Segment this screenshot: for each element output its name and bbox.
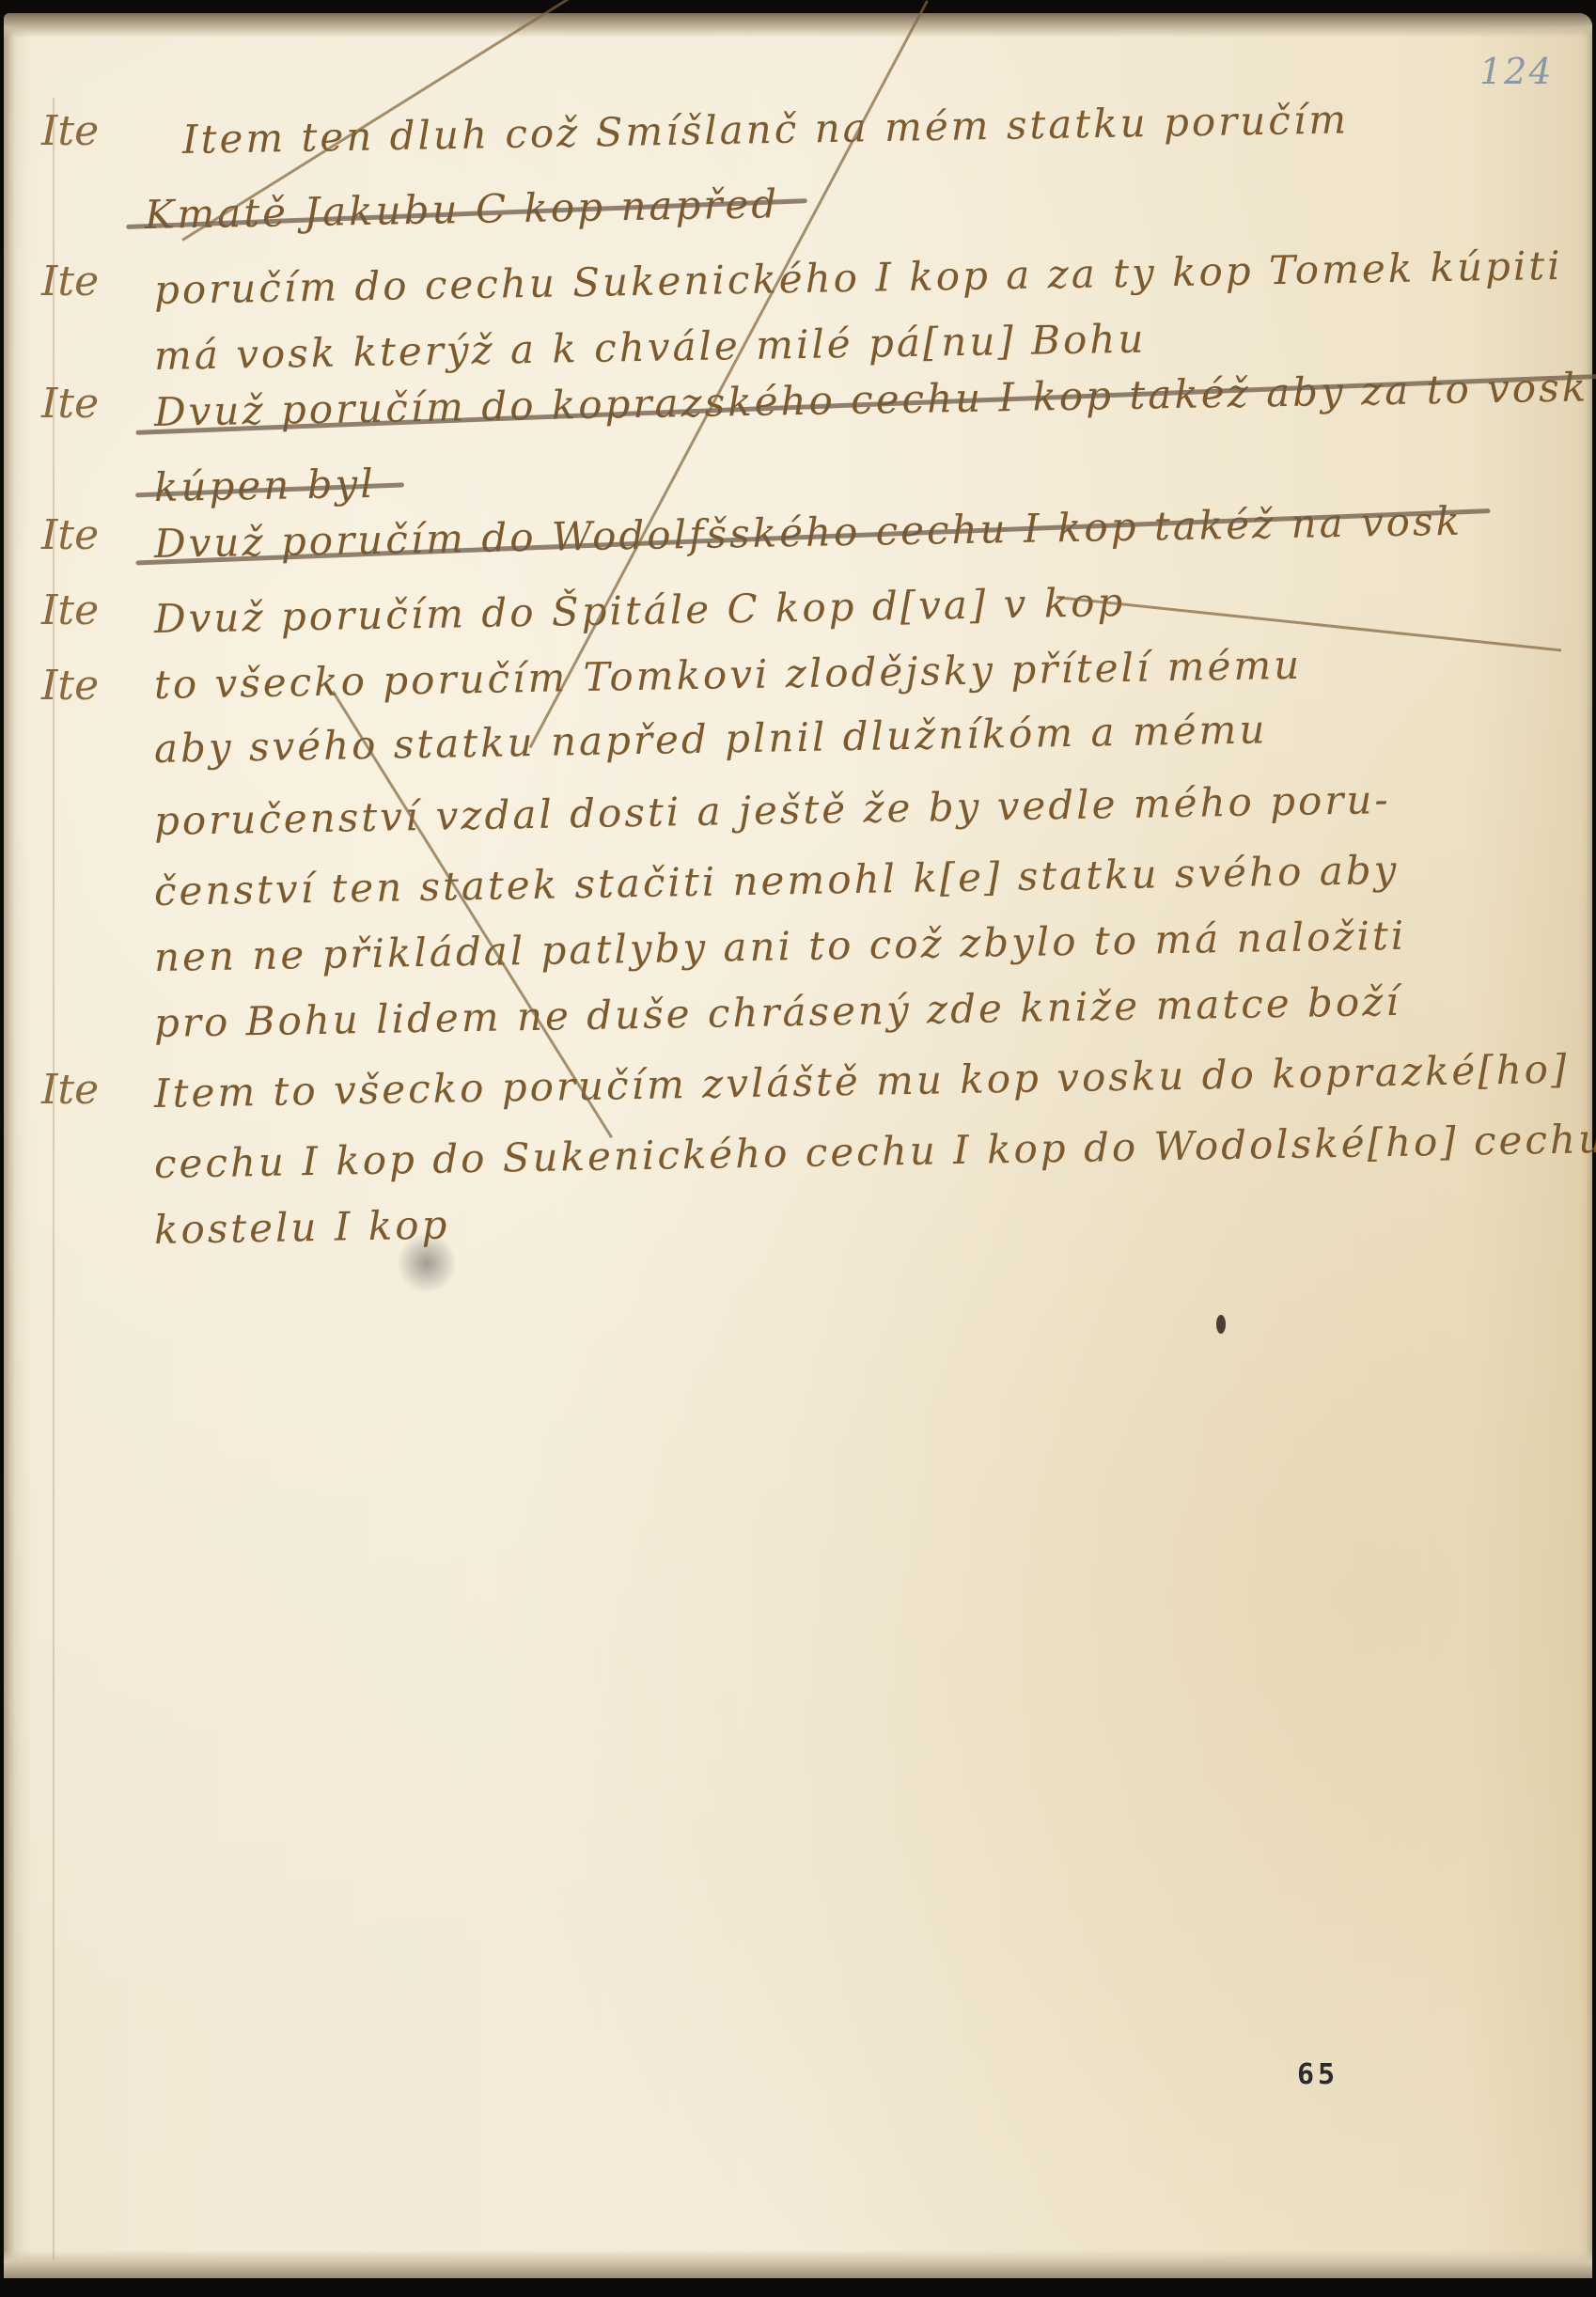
ink-blot [1216, 1315, 1226, 1334]
entry-line: pro Bohu lidem ne duše chrásený zde kniž… [154, 978, 1402, 1046]
archive-stamp-number: 65 [1297, 2058, 1338, 2091]
entry-line: to všecko poručím Tomkovi zlodějsky přít… [154, 642, 1303, 708]
entry-line: poručenství vzdal dosti a ještě že by ve… [154, 776, 1391, 844]
item-mark: Ite [41, 662, 99, 710]
entry-line: má vosk kterýž a k chvále milé pá[nu] Bo… [154, 316, 1147, 379]
entry-line: čenství ten statek stačiti nemohl k[e] s… [154, 847, 1400, 914]
item-mark: Ite [41, 258, 99, 305]
item-mark: Ite [41, 511, 99, 559]
manuscript-page: 124 Ite Item ten dluh což Smíšlanč na mé… [4, 13, 1592, 2278]
item-mark: Ite [41, 380, 99, 428]
ink-smudge [399, 1230, 455, 1296]
item-mark: Ite [41, 1066, 99, 1114]
entry-line: aby svého statku napřed plnil dlužníkóm … [154, 706, 1268, 772]
entries-list: Ite Item ten dluh což Smíšlanč na mém st… [4, 13, 1592, 2278]
entry-line-struck: Dvuž poručím do Wodolfšského cechu I kop… [154, 498, 1463, 567]
entry-line-struck: Kmatě Jakubu C kop napřed [145, 180, 780, 238]
entry-line-struck: kúpen byl [154, 461, 377, 510]
entry-line: Dvuž poručím do Špitále C kop d[va] v ko… [154, 579, 1126, 642]
entry-line: cechu I kop do Sukenického cechu I kop d… [154, 1114, 1596, 1187]
entry-line: nen ne přikládal patlyby ani to což zbyl… [154, 913, 1407, 980]
entry-line: poručím do cechu Sukenického I kop a za … [154, 242, 1563, 313]
item-mark: Ite [41, 586, 99, 634]
item-mark: Ite [41, 107, 99, 155]
entry-line: Item to všecko poručím zvláště mu kop vo… [154, 1046, 1570, 1117]
